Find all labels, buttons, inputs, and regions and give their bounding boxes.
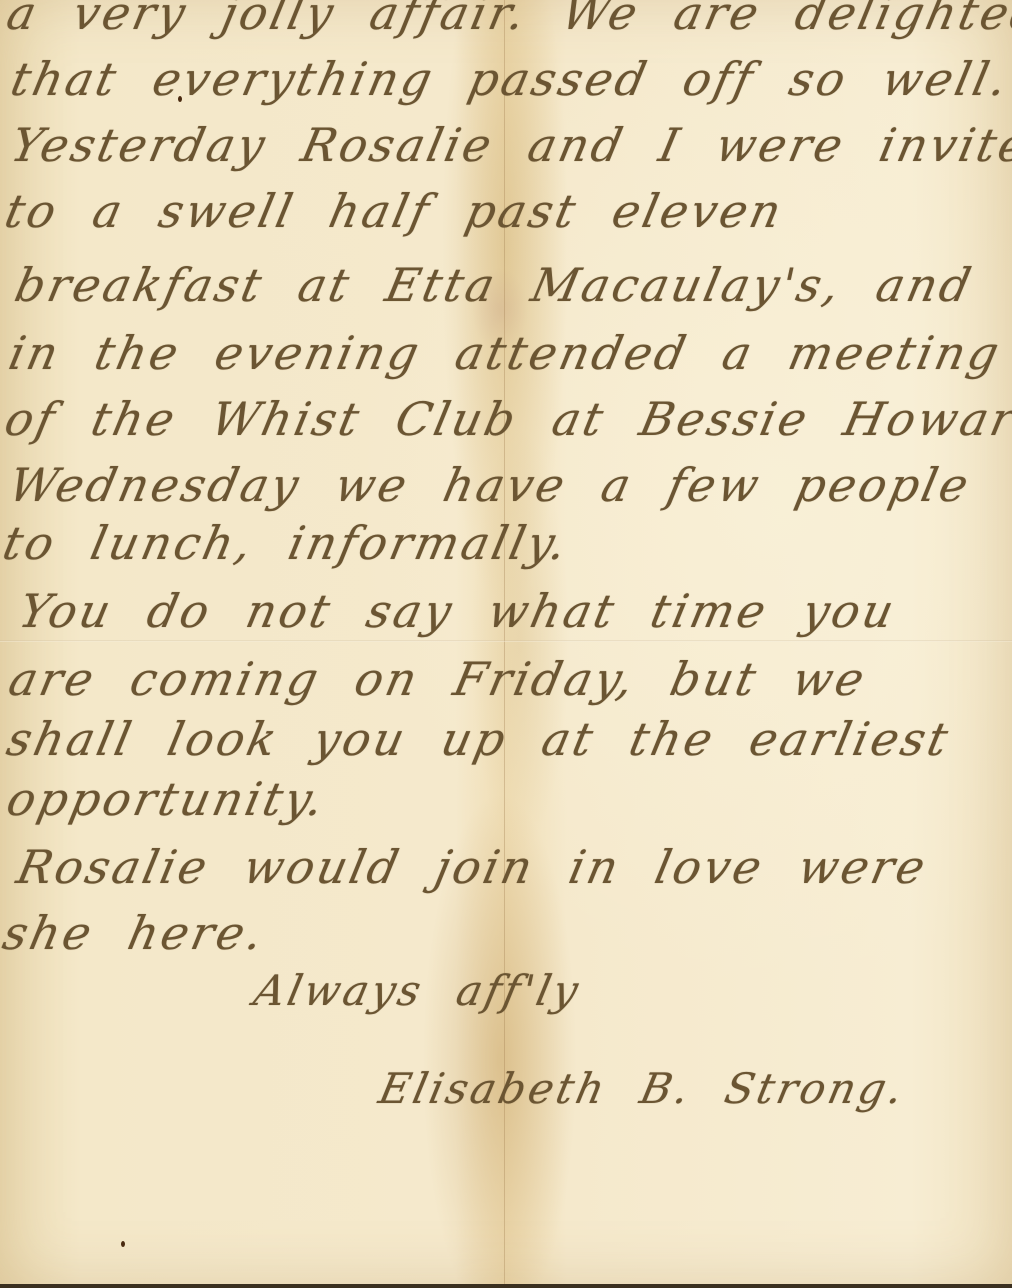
- letter-line: in the evening attended a meeting: [4, 326, 1006, 380]
- letter-page: a very jolly affair. We are delighted th…: [0, 0, 1012, 1284]
- ink-speck: [121, 1241, 125, 1247]
- closing: Always aff'ly: [250, 966, 586, 1015]
- letter-line: she here.: [0, 906, 271, 960]
- letter-line: Rosalie would join in love were: [12, 840, 933, 894]
- letter-line: to a swell half past eleven: [0, 184, 789, 238]
- letter-line: are coming on Friday, but we: [4, 652, 872, 706]
- horizontal-fold-crease: [0, 640, 1012, 642]
- letter-line: Yesterday Rosalie and I were invited: [6, 118, 1012, 172]
- letter-line: breakfast at Etta Macaulay's, and: [10, 258, 978, 312]
- letter-line: that everything passed off so well.: [6, 52, 1012, 106]
- letter-line: of the Whist Club at Bessie Howard's.: [0, 392, 1012, 446]
- letter-line: a very jolly affair. We are delighted: [2, 0, 1012, 40]
- letter-line: You do not say what time you: [14, 584, 901, 638]
- page-bottom-edge: [0, 1284, 1012, 1288]
- letter-line: to lunch, informally.: [0, 516, 574, 570]
- letter-line: Wednesday we have a few people: [4, 458, 976, 512]
- letter-line: shall look you up at the earliest: [2, 712, 955, 766]
- signature: Elisabeth B. Strong.: [375, 1064, 910, 1113]
- letter-line: opportunity.: [2, 772, 331, 826]
